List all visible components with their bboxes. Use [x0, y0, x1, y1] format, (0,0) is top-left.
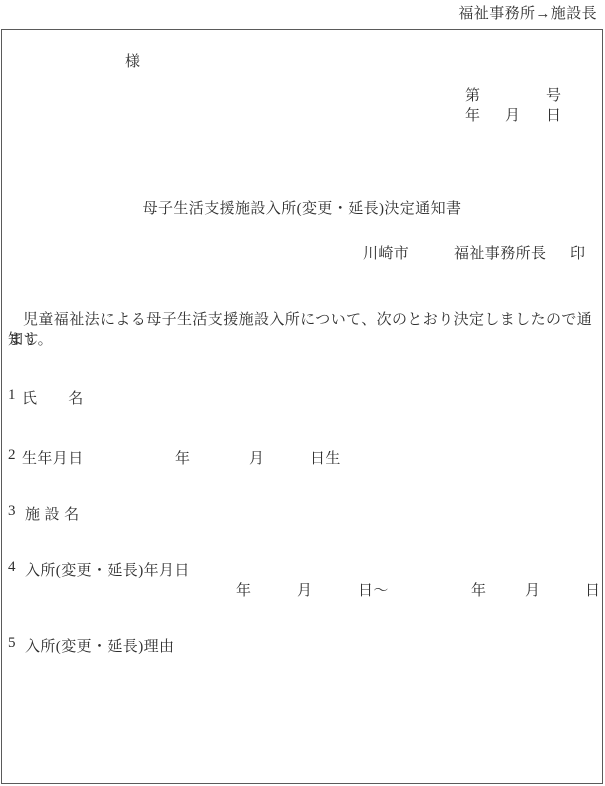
item-facility-number: 3	[8, 503, 16, 520]
issuer-seal-label: 印	[570, 242, 585, 263]
admission-from-day-label: 日～	[358, 579, 389, 600]
admission-to-year-label: 年	[471, 579, 486, 600]
admission-to-month-label: 月	[525, 579, 540, 600]
document-page: 福祉事務所→施設長 様 第 号 年 月 日 母子生活支援施設入所(変更・延長)決…	[0, 0, 605, 786]
item-admission-date-label: 入所(変更・延長)年月日	[25, 559, 190, 580]
body-text-line2: ます。	[8, 330, 598, 350]
item-birthdate-year-label: 年	[175, 447, 190, 468]
item-reason-number: 5	[8, 635, 16, 652]
item-birthdate-month-label: 月	[249, 447, 264, 468]
ref-number-prefix: 第	[465, 84, 480, 105]
admission-from-month-label: 月	[297, 579, 312, 600]
document-title: 母子生活支援施設入所(変更・延長)決定通知書	[2, 197, 602, 218]
item-name-label: 氏 名	[22, 387, 84, 408]
admission-to-day-label: 日	[585, 579, 600, 600]
issuer-office-title: 福祉事務所長	[454, 242, 546, 263]
item-birthdate-day-label: 日生	[310, 447, 341, 468]
addressee-honorific: 様	[125, 50, 140, 71]
item-facility-label: 施 設 名	[25, 503, 80, 524]
item-birthdate-label: 生年月日	[22, 447, 84, 468]
issuer-city: 川崎市	[363, 242, 409, 263]
ref-number-unit: 号	[546, 84, 561, 105]
admission-from-year-label: 年	[236, 579, 251, 600]
item-birthdate-number: 2	[8, 447, 16, 464]
document-border-frame: 様 第 号 年 月 日 母子生活支援施設入所(変更・延長)決定通知書 川崎市 福…	[1, 29, 603, 784]
issue-date-month-label: 月	[505, 104, 520, 125]
routing-note: 福祉事務所→施設長	[458, 2, 597, 23]
item-name-number: 1	[8, 387, 16, 404]
item-admission-date-number: 4	[8, 559, 16, 576]
issue-date-day-label: 日	[546, 104, 561, 125]
item-reason-label: 入所(変更・延長)理由	[25, 635, 174, 656]
issue-date-year-label: 年	[465, 104, 480, 125]
